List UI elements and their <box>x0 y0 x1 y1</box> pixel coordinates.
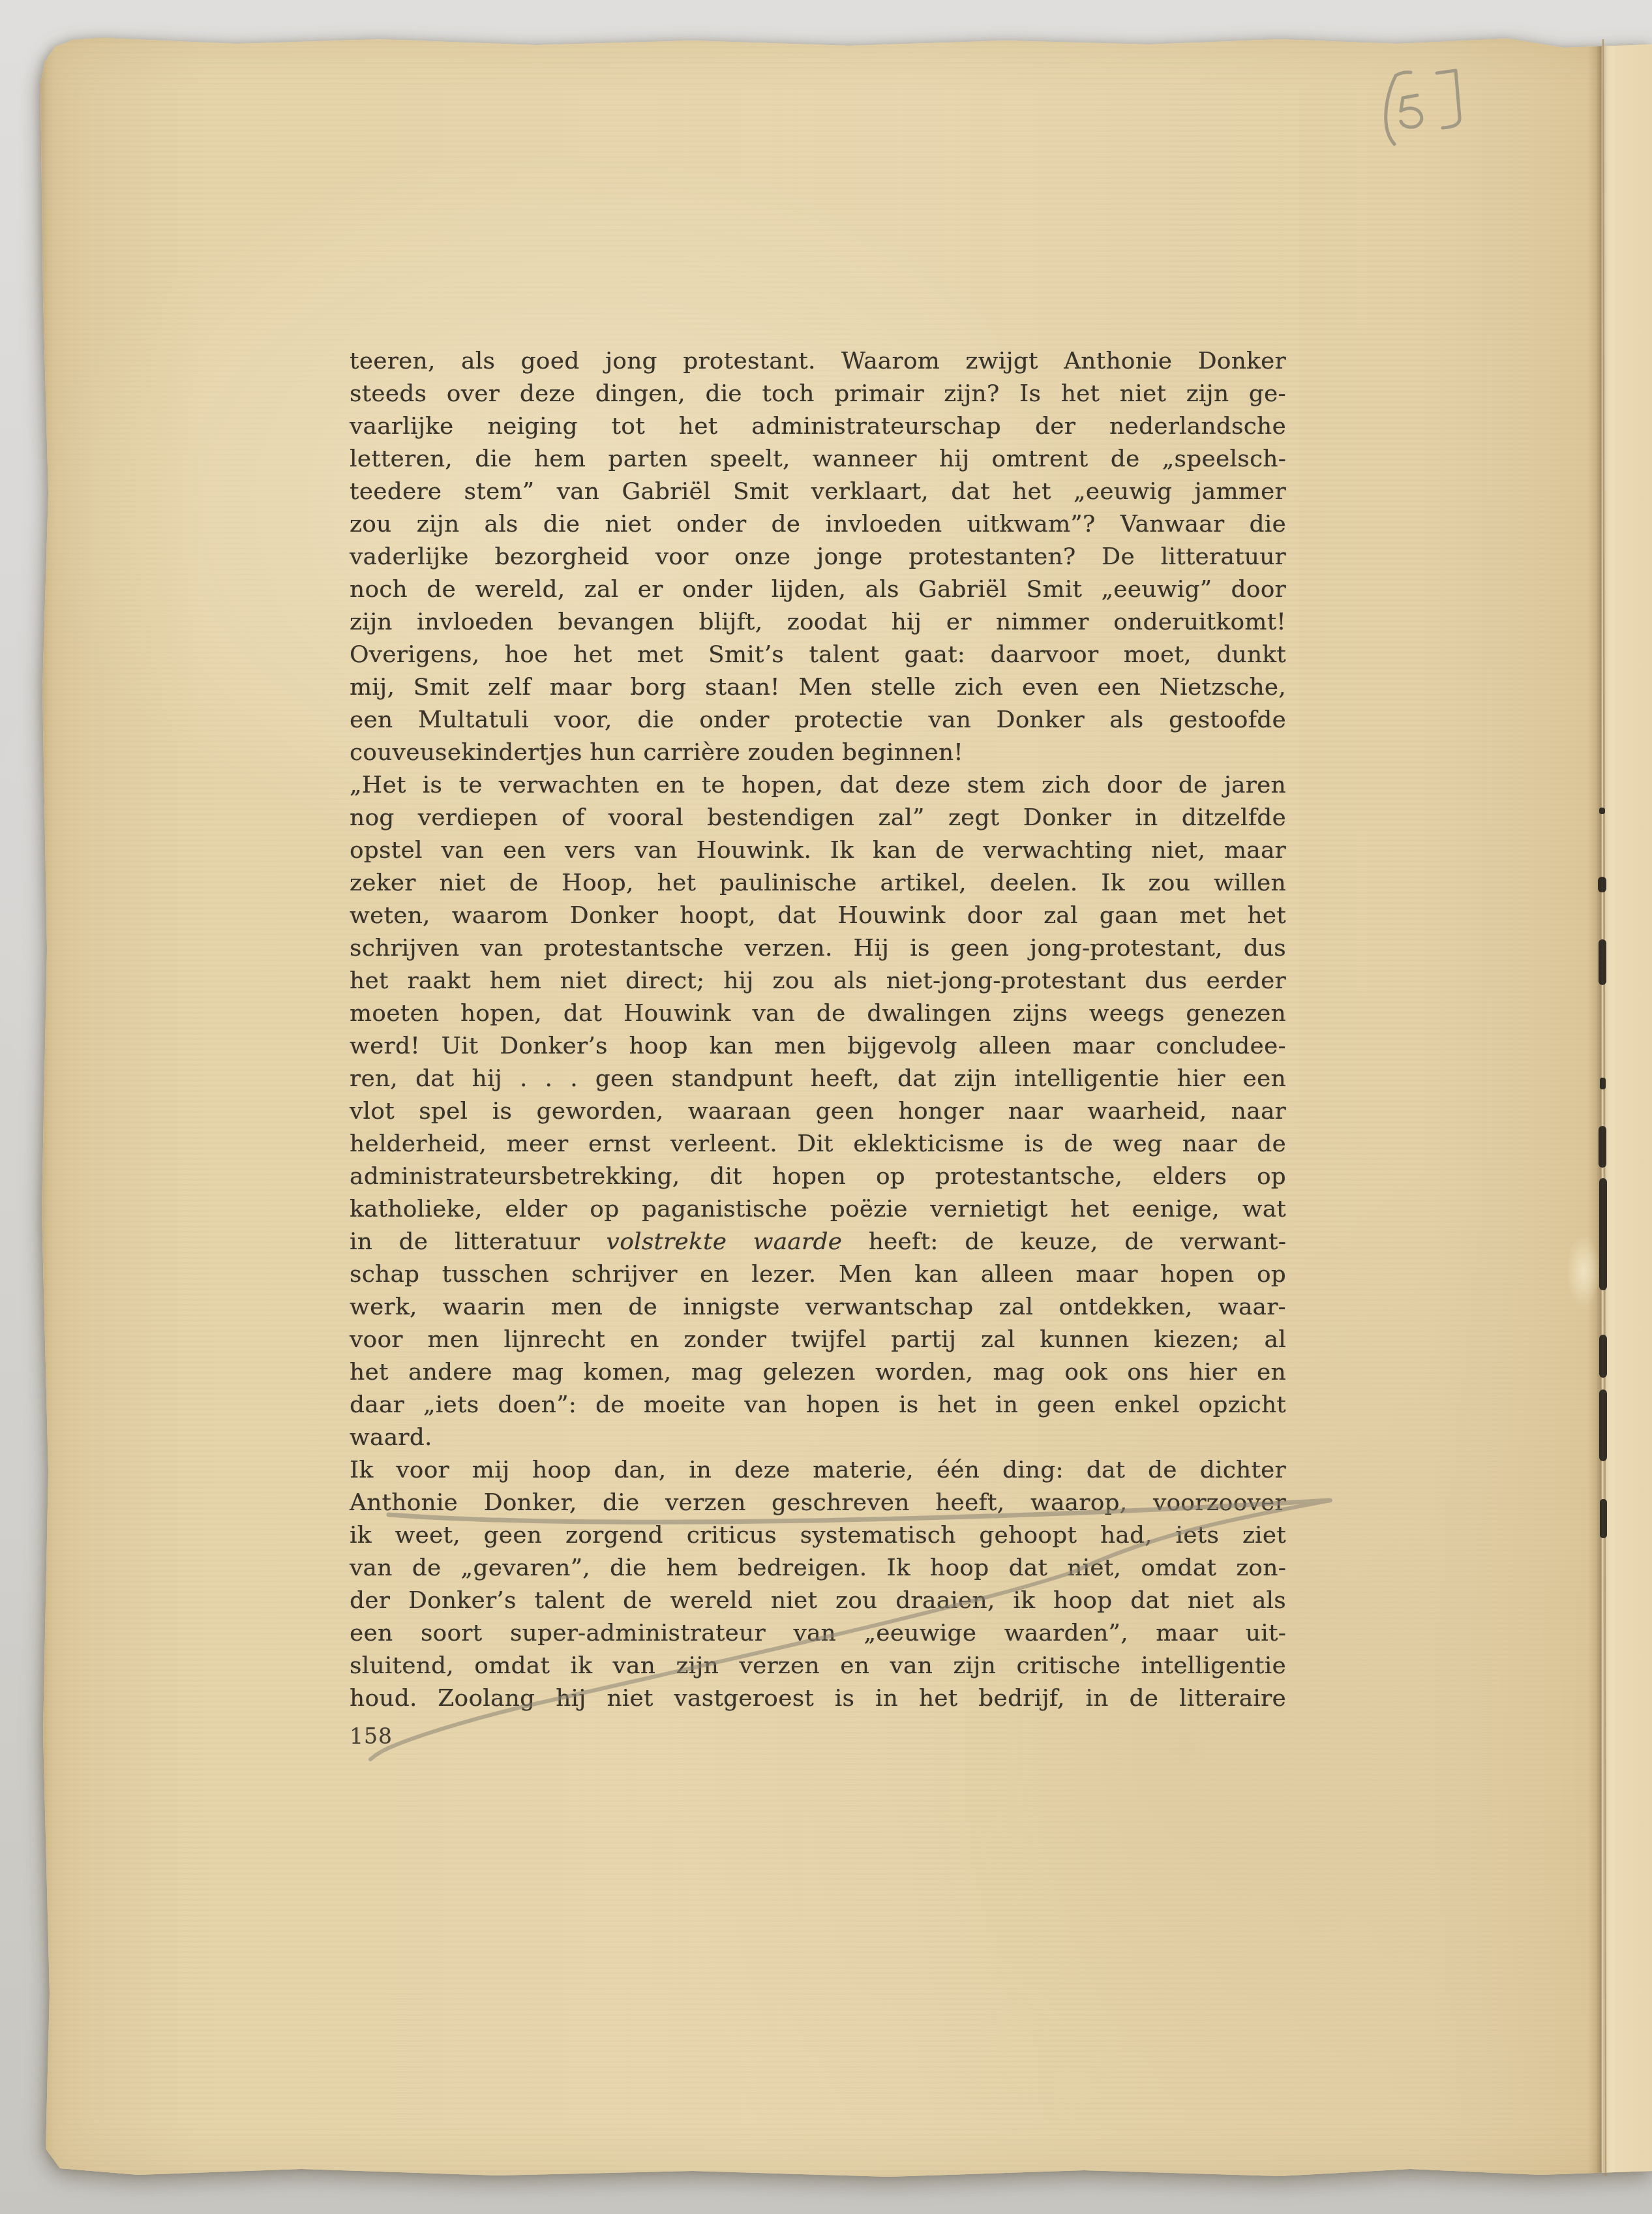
text-line: sluitend, omdat ik van zijn verzen en va… <box>350 1650 1286 1682</box>
text-line: schap tusschen schrijver en lezer. Men k… <box>350 1258 1286 1291</box>
text-line: werk, waarin men de innigste verwantscha… <box>350 1291 1286 1324</box>
text-line: zijn invloeden bevangen blijft, zoodat h… <box>350 606 1286 639</box>
text-line: letteren, die hem parten speelt, wanneer… <box>350 443 1286 476</box>
text-line: voor men lijnrecht en zonder twijfel par… <box>350 1324 1286 1356</box>
scan-canvas: { "document": { "language": "Dutch", "pa… <box>0 0 1652 2214</box>
text-line: opstel van een vers van Houwink. Ik kan … <box>350 834 1286 867</box>
text-line: Anthonie Donker, die verzen geschreven h… <box>350 1487 1286 1519</box>
paper-fiber-bump <box>1567 1236 1600 1307</box>
text-line: nog verdiepen of vooral bestendigen zal”… <box>350 802 1286 834</box>
text-line: zeker niet de Hoop, het paulinische arti… <box>350 867 1286 900</box>
page-number: 158 <box>350 1723 393 1749</box>
text-line: ik weet, geen zorgend criticus systemati… <box>350 1519 1286 1552</box>
text-line: schrijven van protestantsche verzen. Hij… <box>350 932 1286 965</box>
text-line: couveusekindertjes hun carrière zouden b… <box>350 736 1286 769</box>
binding-crease <box>1587 37 1603 2177</box>
text-block: teeren, als goed jong protestant. Waarom… <box>350 345 1286 1715</box>
text-line: moeten hopen, dat Houwink van de dwaling… <box>350 997 1286 1030</box>
text-line: teeren, als goed jong protestant. Waarom… <box>350 345 1286 378</box>
text-line: vlot spel is geworden, waaraan geen hong… <box>350 1095 1286 1128</box>
text-line: Ik voor mij hoop dan, in deze materie, é… <box>350 1454 1286 1487</box>
adjacent-page-edge <box>1603 37 1652 2177</box>
text-line: een soort super-administrateur van „eeuw… <box>350 1617 1286 1650</box>
text-line: helderheid, meer ernst verleent. Dit ekl… <box>350 1128 1286 1160</box>
text-line: katholieke, elder op paganistische poëzi… <box>350 1193 1286 1226</box>
text-line: het andere mag komen, mag gelezen worden… <box>350 1356 1286 1389</box>
text-line: vaderlijke bezorgheid voor onze jonge pr… <box>350 541 1286 573</box>
text-line: Overigens, hoe het met Smit’s talent gaa… <box>350 639 1286 671</box>
text-line: zou zijn als die niet onder de invloeden… <box>350 508 1286 541</box>
text-line: der Donker’s talent de wereld niet zou d… <box>350 1585 1286 1617</box>
text-line: weten, waarom Donker hoopt, dat Houwink … <box>350 900 1286 932</box>
text-line: noch de wereld, zal er onder lijden, als… <box>350 573 1286 606</box>
text-line: steeds over deze dingen, die toch primai… <box>350 378 1286 410</box>
text-line: waard. <box>350 1421 1286 1454</box>
text-line: werd! Uit Donker’s hoop kan men bijgevol… <box>350 1030 1286 1063</box>
text-line: teedere stem” van Gabriël Smit verklaart… <box>350 476 1286 508</box>
text-line: vaarlijke neiging tot het administrateur… <box>350 410 1286 443</box>
text-line: van de „gevaren”, die hem bedreigen. Ik … <box>350 1552 1286 1585</box>
text-line: houd. Zoolang hij niet vastgeroest is in… <box>350 1682 1286 1715</box>
text-line: daar „iets doen”: de moeite van hopen is… <box>350 1389 1286 1421</box>
text-line: in de litteratuur volstrekte waarde heef… <box>350 1226 1286 1258</box>
text-line: administrateursbetrekking, dit hopen op … <box>350 1160 1286 1193</box>
text-line: mij, Smit zelf maar borg staan! Men stel… <box>350 671 1286 704</box>
text-line: het raakt hem niet direct; hij zou als n… <box>350 965 1286 997</box>
text-line: ren, dat hij . . . geen standpunt heeft,… <box>350 1063 1286 1095</box>
text-line: „Het is te verwachten en te hopen, dat d… <box>350 769 1286 802</box>
handwritten-mark-text: [5] <box>0 0 1 1</box>
text-line: een Multatuli voor, die onder protectie … <box>350 704 1286 736</box>
